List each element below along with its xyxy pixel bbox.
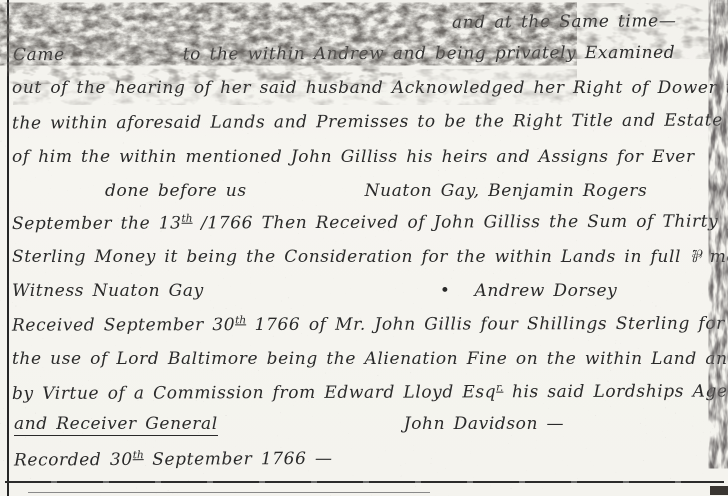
line-same-time: and at the Same time— xyxy=(452,11,676,33)
received-shillings-text: 1766 of Mr. John Gillis four Shillings S… xyxy=(246,314,728,335)
signature-john-davidson: John Davidson — xyxy=(404,414,564,434)
trailing-dash: — xyxy=(659,11,676,31)
line-lands-premisses-text: the within aforesaid Lands and Premisses… xyxy=(12,110,723,133)
ink-dot: • xyxy=(440,281,451,301)
lord-baltimore-text: the use of Lord Baltimore being the Alie… xyxy=(12,349,728,369)
received-thirty-pound-text: /1766 Then Received of John Gilliss the … xyxy=(193,211,728,233)
line-received-shillings: Received September 30th 1766 of Mr. John… xyxy=(12,313,728,336)
line-same-time-text: and at the Same time xyxy=(452,11,659,32)
line-witness-signatures: Witness Nuaton Gay•Andrew Dorsey xyxy=(12,281,617,301)
line-hearing-dower-text: out of the hearing of her said husband A… xyxy=(12,78,728,98)
receiver-general-text: and Receiver General xyxy=(14,414,218,436)
date-30-september: Received September 30 xyxy=(12,315,235,336)
witness-nuaton-gay: Witness Nuaton Gay xyxy=(12,281,204,301)
recorded-date-text: September 1766 — xyxy=(144,449,333,470)
line-came-pre: Came xyxy=(13,45,65,65)
bottom-section-rule xyxy=(5,481,724,483)
lordships-agent-text: his said Lordships Agent xyxy=(503,381,728,402)
line-lord-baltimore: the use of Lord Baltimore being the Alie… xyxy=(12,349,728,369)
ordinal-superscript: th xyxy=(182,213,193,225)
line-gilliss-heirs-text: of him the within mentioned John Gilliss… xyxy=(12,147,695,167)
ordinal-superscript: th xyxy=(235,314,246,326)
line-came-examined: Cameto the within Andrew and being priva… xyxy=(13,43,675,66)
line-receiver-general: and Receiver GeneralJohn Davidson — xyxy=(14,414,564,434)
signatures-gay-rogers: Nuaton Gay, Benjamin Rogers xyxy=(365,181,648,201)
bottom-rule-fragment xyxy=(28,492,430,493)
line-came-post: to the within Andrew and being privately… xyxy=(183,43,676,65)
scan-corner-mark xyxy=(710,486,728,495)
line-recorded-date: Recorded 30th September 1766 — xyxy=(14,448,333,471)
scanned-document-page: and at the Same time— Cameto the within … xyxy=(0,0,728,496)
line-done-before-us: done before usNuaton Gay, Benjamin Roger… xyxy=(105,181,647,201)
recorded-text: Recorded 30 xyxy=(14,450,133,471)
line-commission-lloyd: by Virtue of a Commission from Edward Ll… xyxy=(12,381,728,405)
line-sterling-consideration: Sterling Money it being the Consideratio… xyxy=(12,247,728,267)
signature-andrew-dorsey: Andrew Dorsey xyxy=(474,281,617,301)
sterling-consideration-text: Sterling Money it being the Consideratio… xyxy=(12,247,728,267)
commission-lloyd-text: by Virtue of a Commission from Edward Ll… xyxy=(12,382,496,404)
line-lands-premisses: the within aforesaid Lands and Premisses… xyxy=(12,110,723,133)
line-hearing-dower: out of the hearing of her said husband A… xyxy=(12,78,728,98)
line-received-thirty-pound: September the 13th /1766 Then Received o… xyxy=(12,211,728,235)
date-13-september: September the 13 xyxy=(12,213,182,234)
left-margin-rule xyxy=(7,0,9,496)
line-gilliss-heirs: of him the within mentioned John Gilliss… xyxy=(12,147,695,167)
ordinal-superscript: th xyxy=(133,449,144,461)
done-before-us-text: done before us xyxy=(105,181,247,201)
